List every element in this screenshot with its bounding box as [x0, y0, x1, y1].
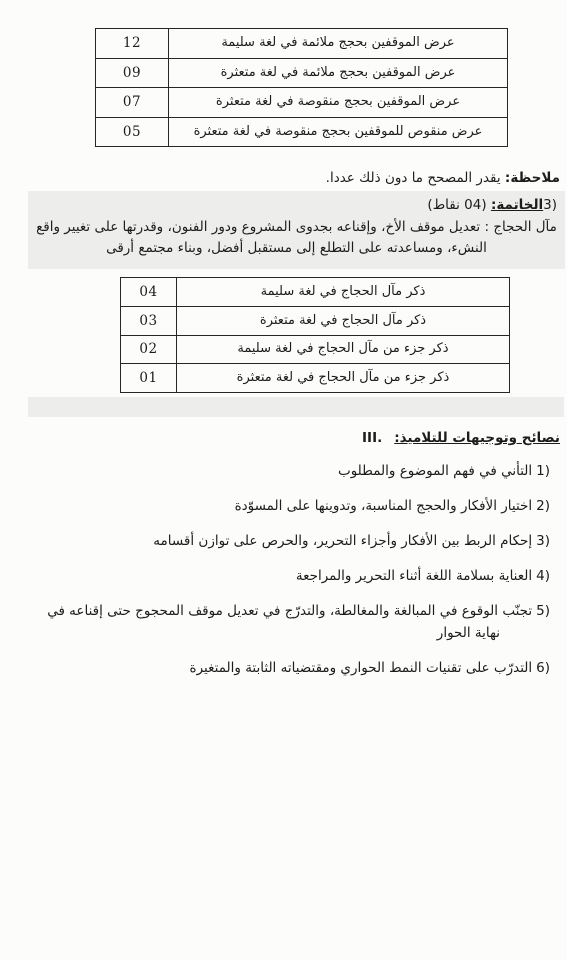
criterion-cell: ذكر جزء من مآل الحجاج في لغة متعثرة [177, 364, 510, 393]
list-item: 4)العناية بسلامة اللغة أثناء التحرير وال… [20, 565, 550, 587]
advice-roman-numeral: III. [362, 428, 382, 448]
table-row: ذكر جزء من مآل الحجاج في لغة متعثرة 01 [121, 364, 510, 393]
table-row: عرض الموقفين بحجج منقوصة في لغة متعثرة 0… [96, 88, 508, 118]
list-item: 6)التدرّب على تقنيات النمط الحواري ومقتض… [20, 657, 550, 679]
score-cell: 09 [96, 58, 169, 88]
table-row: ذكر جزء من مآل الحجاج في لغة سليمة 02 [121, 335, 510, 364]
item-text: العناية بسلامة اللغة أثناء التحرير والمر… [296, 568, 532, 584]
list-item: 2)اختيار الأفكار والحجج المناسبة، وتدوين… [20, 495, 550, 517]
advice-list: 1)التأني في فهم الموضوع والمطلوب 2)اختيا… [20, 460, 550, 692]
section-conclusion: 3)الخاتمة: (04 نقاط) مآل الحجاج : تعديل … [28, 191, 565, 269]
item-number: 3) [536, 530, 550, 552]
list-item: 1)التأني في فهم الموضوع والمطلوب [20, 460, 550, 482]
criterion-cell: ذكر مآل الحجاج في لغة متعثرة [177, 306, 510, 335]
score-cell: 03 [121, 306, 177, 335]
advice-title: نصائح وتوجيهات للتلاميذ: [394, 430, 560, 446]
criterion-cell: عرض منقوص للموقفين بحجج منقوصة في لغة مت… [169, 117, 508, 147]
item-number: 1) [536, 460, 550, 482]
section-body-text: مآل الحجاج : تعديل موقف الأخ، وإقناعه بج… [28, 217, 565, 259]
item-number: 4) [536, 565, 550, 587]
table-row: ذكر مآل الحجاج في لغة سليمة 04 [121, 278, 510, 307]
section-number: 3) [543, 196, 557, 214]
score-cell: 04 [121, 278, 177, 307]
grading-table-conclusion: ذكر مآل الحجاج في لغة سليمة 04 ذكر مآل ا… [120, 277, 510, 393]
item-number: 6) [536, 657, 550, 679]
score-cell: 12 [96, 29, 169, 59]
section-title: الخاتمة: [491, 197, 543, 213]
examiner-note: ملاحظة: يقدر المصحح ما دون ذلك عددا. [20, 169, 560, 188]
score-cell: 02 [121, 335, 177, 364]
advice-heading: نصائح وتوجيهات للتلاميذ:III. [20, 428, 560, 448]
item-text: التدرّب على تقنيات النمط الحواري ومقتضيا… [190, 660, 533, 676]
item-text: التأني في فهم الموضوع والمطلوب [338, 463, 532, 479]
criterion-cell: عرض الموقفين بحجج منقوصة في لغة متعثرة [169, 88, 508, 118]
item-number: 5) [536, 600, 550, 622]
item-number: 2) [536, 495, 550, 517]
list-item: 3)إحكام الربط بين الأفكار وأجزاء التحرير… [20, 530, 550, 552]
table-row: عرض الموقفين بحجج ملائمة في لغة متعثرة 0… [96, 58, 508, 88]
item-text: تجنّب الوقوع في المبالغة والمغالطة، والت… [47, 603, 532, 641]
table-row: عرض منقوص للموقفين بحجج منقوصة في لغة مت… [96, 117, 508, 147]
list-item: 5)تجنّب الوقوع في المبالغة والمغالطة، وا… [20, 600, 550, 644]
criterion-cell: ذكر جزء من مآل الحجاج في لغة سليمة [177, 335, 510, 364]
score-cell: 07 [96, 88, 169, 118]
table-row: عرض الموقفين بحجج ملائمة في لغة سليمة 12 [96, 29, 508, 59]
criterion-cell: ذكر مآل الحجاج في لغة سليمة [177, 278, 510, 307]
score-cell: 05 [96, 117, 169, 147]
criterion-cell: عرض الموقفين بحجج ملائمة في لغة متعثرة [169, 58, 508, 88]
note-text: يقدر المصحح ما دون ذلك عددا. [326, 170, 501, 186]
section-points: (04 نقاط) [427, 197, 486, 213]
item-text: اختيار الأفكار والحجج المناسبة، وتدوينها… [235, 498, 533, 514]
note-label: ملاحظة: [505, 170, 560, 186]
criterion-cell: عرض الموقفين بحجج ملائمة في لغة سليمة [169, 29, 508, 59]
grading-table-positions: عرض الموقفين بحجج ملائمة في لغة سليمة 12… [95, 28, 508, 147]
section-heading: 3)الخاتمة: (04 نقاط) [28, 191, 565, 214]
shaded-divider-strip [28, 397, 564, 417]
score-cell: 01 [121, 364, 177, 393]
item-text: إحكام الربط بين الأفكار وأجزاء التحرير، … [153, 533, 532, 549]
table-row: ذكر مآل الحجاج في لغة متعثرة 03 [121, 306, 510, 335]
